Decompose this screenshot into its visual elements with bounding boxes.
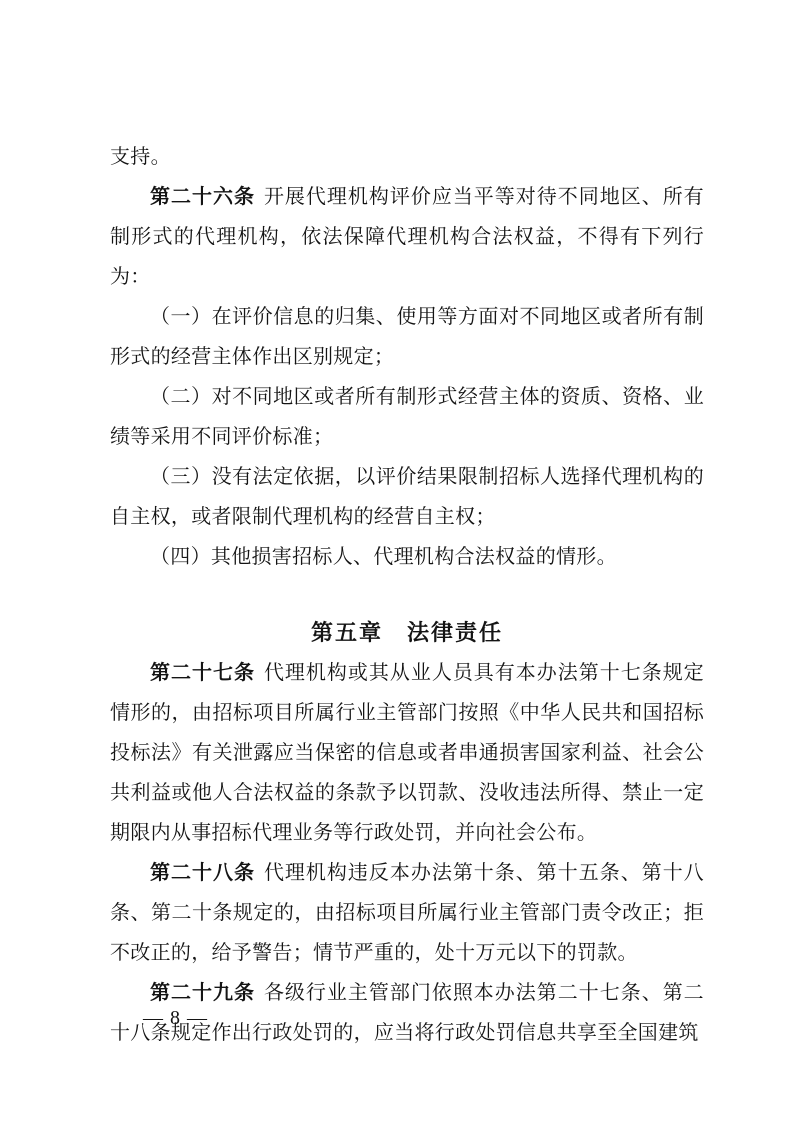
paragraph: 支持。: [110, 137, 704, 177]
document-body: 支持。第二十六条开展代理机构评价应当平等对待不同地区、所有制形式的代理机构，依法…: [110, 137, 704, 1053]
article-number: 第二十八条: [150, 862, 255, 884]
article-number: 第二十七条: [150, 662, 255, 684]
chapter-heading: 第五章 法律责任: [110, 613, 704, 653]
paragraph: 第二十七条代理机构或其从业人员具有本办法第十七条规定情形的，由招标项目所属行业主…: [110, 653, 704, 853]
page-number: — 8 —: [143, 1005, 208, 1031]
article-text: 代理机构或其从业人员具有本办法第十七条规定情形的，由招标项目所属行业主管部门按照…: [110, 662, 704, 844]
paragraph: （三）没有法定依据，以评价结果限制招标人选择代理机构的自主权，或者限制代理机构的…: [110, 457, 704, 537]
paragraph: 第二十八条代理机构违反本办法第十条、第十五条、第十八条、第二十条规定的，由招标项…: [110, 853, 704, 973]
article-number: 第二十六条: [150, 186, 255, 208]
paragraph: 第二十六条开展代理机构评价应当平等对待不同地区、所有制形式的代理机构，依法保障代…: [110, 177, 704, 297]
paragraph: （四）其他损害招标人、代理机构合法权益的情形。: [110, 537, 704, 577]
paragraph: （二）对不同地区或者所有制形式经营主体的资质、资格、业绩等采用不同评价标准；: [110, 377, 704, 457]
paragraph: （一）在评价信息的归集、使用等方面对不同地区或者所有制形式的经营主体作出区别规定…: [110, 297, 704, 377]
document-page: 支持。第二十六条开展代理机构评价应当平等对待不同地区、所有制形式的代理机构，依法…: [0, 0, 800, 1131]
article-number: 第二十九条: [150, 982, 255, 1004]
